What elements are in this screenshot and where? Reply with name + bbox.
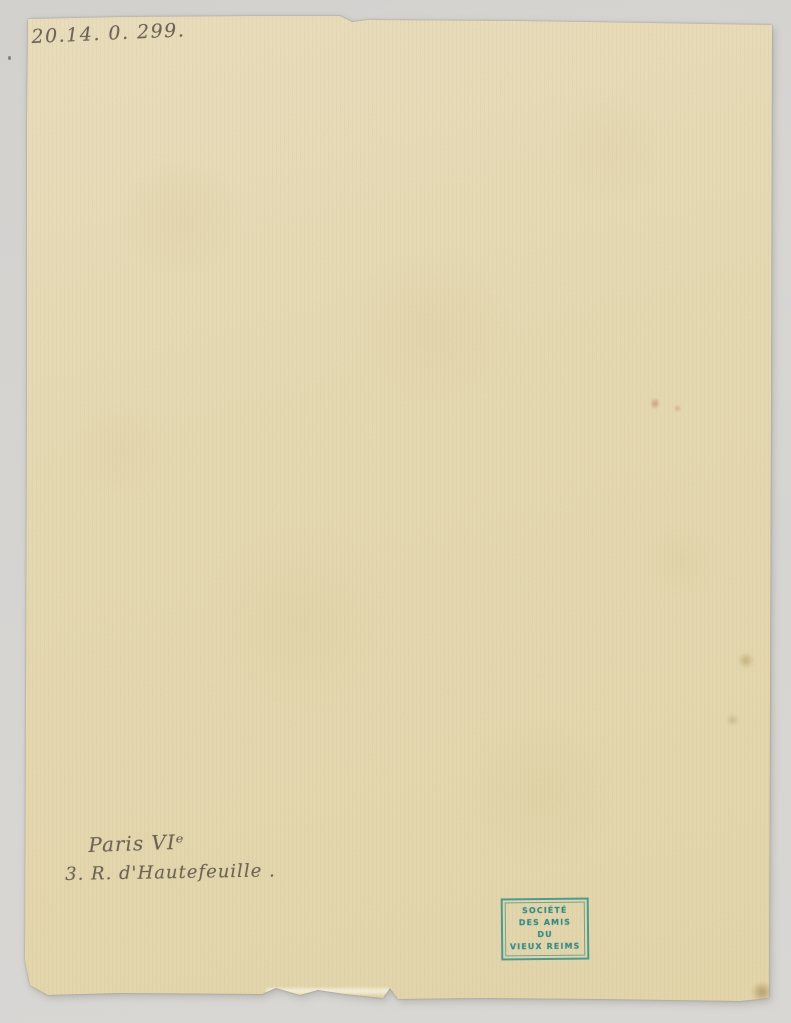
stamp-inner-border: SOCIÉTÉ DES AMIS DU VIEUX REIMS xyxy=(505,902,586,957)
corner-stain xyxy=(750,983,774,1001)
stamp-line: DES AMIS xyxy=(519,917,571,930)
foxing-spot xyxy=(726,714,739,726)
red-ink-speck xyxy=(651,396,659,411)
collection-stamp: SOCIÉTÉ DES AMIS DU VIEUX REIMS xyxy=(501,898,590,961)
scanned-document: 20.14. 0. 299. Paris VIᵉ 3. R. d'Hautefe… xyxy=(0,0,791,1023)
paper-shadow-wrap: 20.14. 0. 299. Paris VIᵉ 3. R. d'Hautefe… xyxy=(0,0,791,1023)
torn-edge-highlight xyxy=(266,988,391,994)
stamp-line: SOCIÉTÉ xyxy=(522,905,568,917)
stamp-line: DU xyxy=(537,929,552,941)
address-city-line: Paris VIᵉ xyxy=(88,830,185,857)
paper-sheet: 20.14. 0. 299. Paris VIᵉ 3. R. d'Hautefe… xyxy=(0,0,791,1023)
address-street-line: 3. R. d'Hautefeuille . xyxy=(65,860,276,885)
foxing-spot xyxy=(737,653,755,668)
red-ink-speck xyxy=(674,404,681,413)
stamp-line: VIEUX REIMS xyxy=(510,941,581,954)
